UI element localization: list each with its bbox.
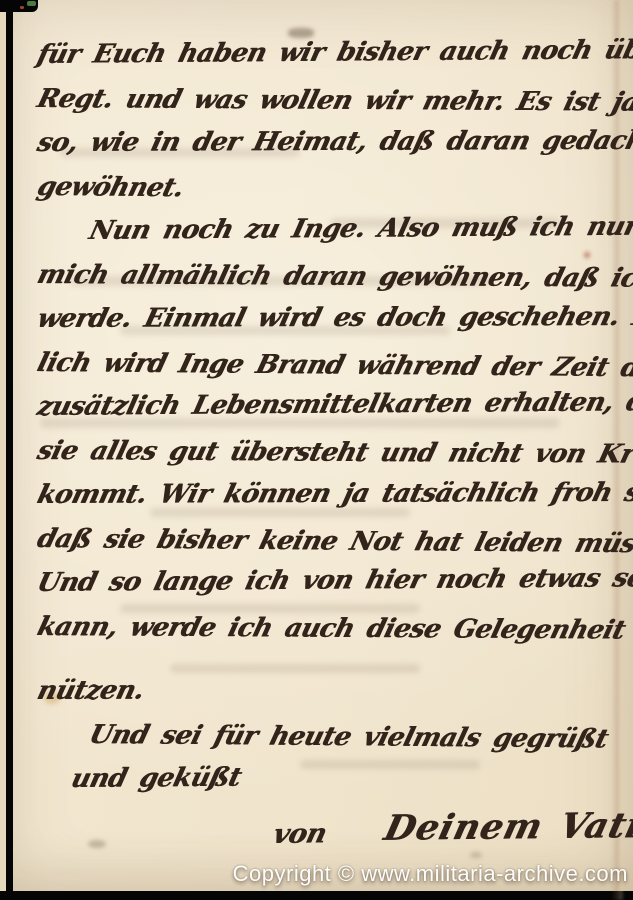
signature-prefix: von <box>270 818 329 850</box>
handwriting-line: kommt. Wir können ja tatsächlich froh se… <box>34 464 633 510</box>
handwriting-line: mich allmählich daran gewöhnen, daß ich … <box>34 246 632 294</box>
handwriting-line: Nun noch zu Inge. Also muß ich nun doch <box>86 198 633 246</box>
handwriting-line: so, wie in der Heimat, daß daran gedacht… <box>34 112 633 158</box>
handwriting-line: sie alles gut übersteht und nicht von Kr… <box>34 422 632 470</box>
scan-edge-left <box>6 0 13 900</box>
handwriting-line: Regt. und was wollen wir mehr. Es ist ja… <box>34 70 632 118</box>
handwriting-line: und geküßt <box>68 746 633 794</box>
handwriting-line: Und so lange ich von hier noch etwas sen… <box>34 549 633 598</box>
scan-artifact-green-mark <box>27 1 36 6</box>
letter-body: für Euch haben wir bisher auch noch über… <box>34 26 622 850</box>
scan-artifact-red-mark <box>20 6 24 9</box>
handwriting-line: nützen. <box>34 660 633 706</box>
letter-lines: für Euch haben wir bisher auch noch über… <box>34 26 622 794</box>
handwriting-line: zusätzlich Lebensmittelkarten erhalten, … <box>34 373 633 422</box>
handwriting-line: kann, werde ich auch diese Gelegenheit a… <box>34 598 632 646</box>
signature-name: Deinem Vati <box>380 805 633 849</box>
copyright-watermark: Copyright © www.militaria-archive.com <box>233 861 628 887</box>
letter-scan-page: für Euch haben wir bisher auch noch über… <box>0 0 633 900</box>
handwriting-line: werde. Einmal wird es doch geschehen. Ho… <box>34 288 633 334</box>
foxing-spot <box>470 852 482 858</box>
handwriting-line: für Euch haben wir bisher auch noch über… <box>34 21 633 70</box>
scan-edge-bottom <box>0 891 633 900</box>
signature-row: von Deinem Vati <box>270 794 633 850</box>
